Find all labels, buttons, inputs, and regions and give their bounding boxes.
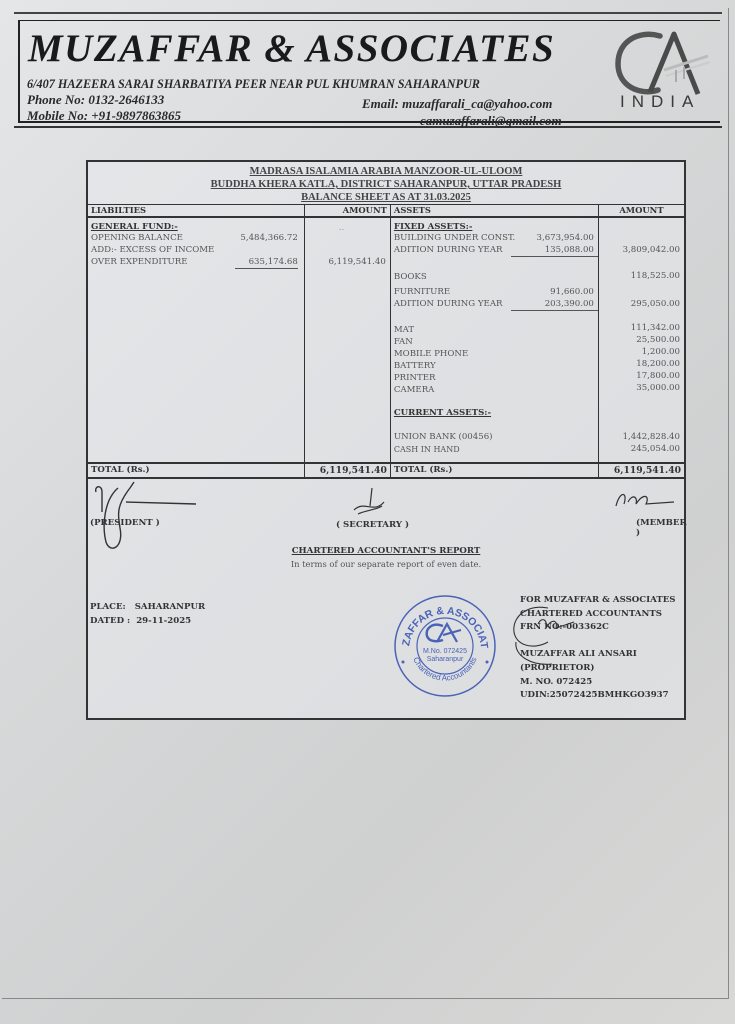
secretary-label: ( SECRETARY ): [336, 520, 409, 530]
firm-email-yahoo: Email: muzaffarali_ca@yahoo.com: [362, 96, 552, 112]
firm-phone: Phone No: 0132-2646133: [27, 92, 164, 108]
ca-report-subtitle: In terms of our separate report of even …: [88, 559, 684, 569]
firm-line: M. NO. 072425: [520, 676, 676, 690]
col-amount-left: AMOUNT: [304, 205, 390, 218]
sheet-header: MADRASA ISALAMIA ARABIA MANZOOR-UL-ULOOM…: [88, 162, 684, 204]
place: PLACE: SAHARANPUR: [90, 600, 205, 614]
org-address: BUDDHA KHERA KATLA, DISTRICT SAHARANPUR,…: [88, 178, 684, 191]
total-left-value: 6,119,541.40: [304, 463, 390, 478]
table-body-row: GENERAL FUND:- OPENING BALANCE 5,484,366…: [88, 217, 684, 463]
svg-text:M.No. 072425: M.No. 072425: [423, 648, 467, 655]
asset-item-value: 1,200.00: [642, 346, 680, 358]
svg-text:Saharanpur: Saharanpur: [427, 656, 464, 663]
totals-row: TOTAL (Rs.) 6,119,541.40 TOTAL (Rs.) 6,1…: [88, 463, 684, 478]
asset-item-value: 111,342.00: [631, 322, 680, 334]
bank-value: 1,442,828.40: [623, 431, 680, 443]
asset-item-label: CAMERA: [394, 384, 435, 396]
firm-address: 6/407 HAZEERA SARAI SHARBATIYA PEER NEAR…: [27, 76, 480, 92]
asset-item-label: FAN: [394, 336, 413, 348]
assets-cell: FIXED ASSETS:- BUILDING UNDER CONST. 3,6…: [390, 217, 598, 463]
signature-section: (PRESIDENT ) ( SECRETARY ) (MEMBER ) CHA…: [88, 484, 684, 714]
ca-logo-text: INDIA: [620, 92, 700, 112]
books-total: 118,525.00: [631, 270, 680, 282]
firm-name: MUZAFFAR & ASSOCIATES: [28, 26, 555, 71]
asset-item-value: 25,500.00: [636, 334, 680, 346]
total-left-label: TOTAL (Rs.): [88, 463, 304, 478]
table-header-row: LIABILTIES AMOUNT ASSETS AMOUNT: [88, 205, 684, 218]
dated: DATED : 29-11-2025: [90, 614, 205, 628]
col-amount-right: AMOUNT: [598, 205, 684, 218]
asset-item-value: 35,000.00: [636, 382, 680, 394]
asset-item-label: PRINTER: [394, 372, 436, 384]
president-label: (PRESIDENT ): [90, 518, 160, 528]
over-expenditure-label: OVER EXPENDITURE: [91, 256, 188, 268]
member-signature-icon: [614, 486, 676, 510]
asset-item-label: BATTERY: [394, 360, 436, 372]
ca-stamp-icon: MUZAFFAR & ASSOCIATES Chartered Accounta…: [393, 594, 497, 698]
building-addition-label: ADITION DURING YEAR: [394, 244, 503, 256]
asset-item-value: 18,200.00: [636, 358, 680, 370]
furniture-addition-label: ADITION DURING YEAR: [394, 298, 503, 310]
balance-sheet: MADRASA ISALAMIA ARABIA MANZOOR-UL-ULOOM…: [86, 160, 686, 720]
asset-item-value: 17,800.00: [636, 370, 680, 382]
cash-value: 245,054.00: [631, 443, 680, 455]
assets-amount-cell: 3,809,042.00 118,525.00 295,050.00 111,3…: [598, 217, 684, 463]
ca-report-title: CHARTERED ACCOUNTANT'S REPORT: [88, 546, 684, 556]
general-fund-total: 6,119,541.40: [328, 256, 385, 268]
proprietor-signature-icon: [508, 602, 584, 672]
col-assets: ASSETS: [390, 205, 598, 218]
building-label: BUILDING UNDER CONST.: [394, 232, 515, 244]
firm-email-gmail: camuzaffarali@gmail.com: [420, 113, 562, 129]
furniture-value: 91,660.00: [550, 286, 594, 298]
total-right-value: 6,119,541.40: [598, 463, 684, 478]
building-addition-value: 135,088.00: [511, 244, 598, 257]
building-total: 3,809,042.00: [623, 244, 680, 256]
books-label: BOOKS: [394, 271, 427, 283]
sheet-title: BALANCE SHEET AS AT 31.03.2025: [88, 191, 684, 204]
place-dated-block: PLACE: SAHARANPUR DATED : 29-11-2025: [90, 600, 205, 628]
total-right-label: TOTAL (Rs.): [390, 463, 598, 478]
asset-item-label: MAT: [394, 324, 414, 336]
org-name: MADRASA ISALAMIA ARABIA MANZOOR-UL-ULOOM: [88, 165, 684, 178]
bank-label: UNION BANK (00456): [394, 431, 493, 443]
firm-line: UDIN:25072425BMHKGO3937: [520, 689, 676, 703]
member-label: (MEMBER ): [636, 518, 687, 538]
furniture-label: FURNITURE: [394, 286, 450, 298]
balance-sheet-table: LIABILTIES AMOUNT ASSETS AMOUNT GENERAL …: [88, 204, 684, 479]
furniture-total: 295,050.00: [631, 298, 680, 310]
asset-item-label: MOBILE PHONE: [394, 348, 468, 360]
liabilities-cell: GENERAL FUND:- OPENING BALANCE 5,484,366…: [88, 217, 304, 463]
stray-mark: ..: [339, 222, 344, 234]
col-liabilities: LIABILTIES: [88, 205, 304, 218]
firm-mobile: Mobile No: +91-9897863865: [27, 108, 181, 124]
secretary-signature-icon: [350, 486, 390, 516]
opening-balance-value: 5,484,366.72: [240, 232, 297, 244]
furniture-addition-value: 203,390.00: [511, 298, 598, 311]
opening-balance-label: OPENING BALANCE: [91, 232, 183, 244]
building-value: 3,673,954.00: [537, 232, 594, 244]
cash-label: CASH IN HAND: [394, 444, 460, 456]
liabilities-amount-cell: .. 6,119,541.40: [304, 217, 390, 463]
excess-income-value: 635,174.68: [235, 256, 298, 269]
excess-income-label: ADD:- EXCESS OF INCOME: [91, 244, 214, 256]
current-assets-heading: CURRENT ASSETS:-: [394, 407, 491, 419]
